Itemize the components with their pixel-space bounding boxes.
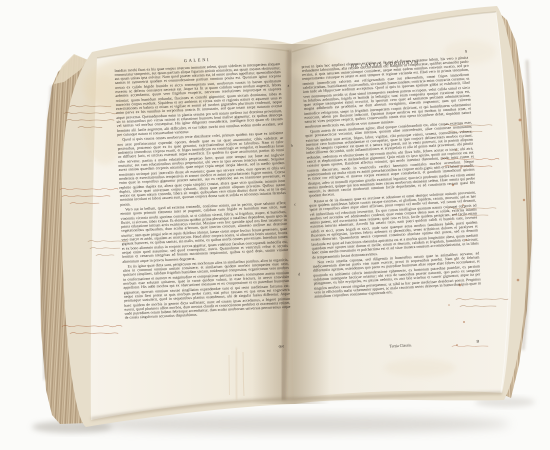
stain-right-bottom <box>384 359 456 377</box>
catchword: que <box>279 344 285 348</box>
paragraph: Quod si quis causas omnes morborum recte… <box>117 131 286 207</box>
left-body-text: Insidias morbi fiunt ex his quae corpus … <box>114 62 292 351</box>
foxing-spot-edge <box>517 279 520 282</box>
section-title: Tertia Classis. <box>389 342 412 348</box>
paragraph: Insidias morbi fiunt ex his quae corpus … <box>114 62 283 138</box>
margin-letter-b: b <box>291 144 293 148</box>
paragraph: Ex iis igitur quae dicta sunt, perspicuu… <box>123 258 291 321</box>
paragraph: Quum autem de causis morborum agitur, il… <box>305 121 476 199</box>
right-page-text: DE CAVSIS MORBORVM 9 a b c d prout in ip… <box>301 48 484 354</box>
foxing-spot-edge <box>523 199 525 201</box>
right-body-text: prout in ipsis hoc ampliori elemento exc… <box>301 55 483 346</box>
margin-letter-a: a <box>287 84 289 88</box>
photo-of-open-book: GALENI Insidias morbi fiunt ex his quae … <box>0 0 550 450</box>
signature-letter: B <box>476 339 479 344</box>
paragraph: Non recta amedia capanna, sed diligentia… <box>312 251 481 299</box>
foxing-spot-edge <box>519 119 522 122</box>
paragraph: Vero aut in bellum, quod ad extrema cont… <box>120 201 288 264</box>
paragraph: Restat ut de iis dicamus quae ex section… <box>309 190 479 259</box>
folio-number: 9 <box>465 48 467 53</box>
drip-stain-3 <box>229 355 230 395</box>
margin-letter-d: d <box>298 272 300 276</box>
drip-stain-1 <box>236 348 237 400</box>
margin-letter-c: c <box>294 203 296 207</box>
left-page-text: GALENI Insidias morbi fiunt ex his quae … <box>114 54 292 355</box>
